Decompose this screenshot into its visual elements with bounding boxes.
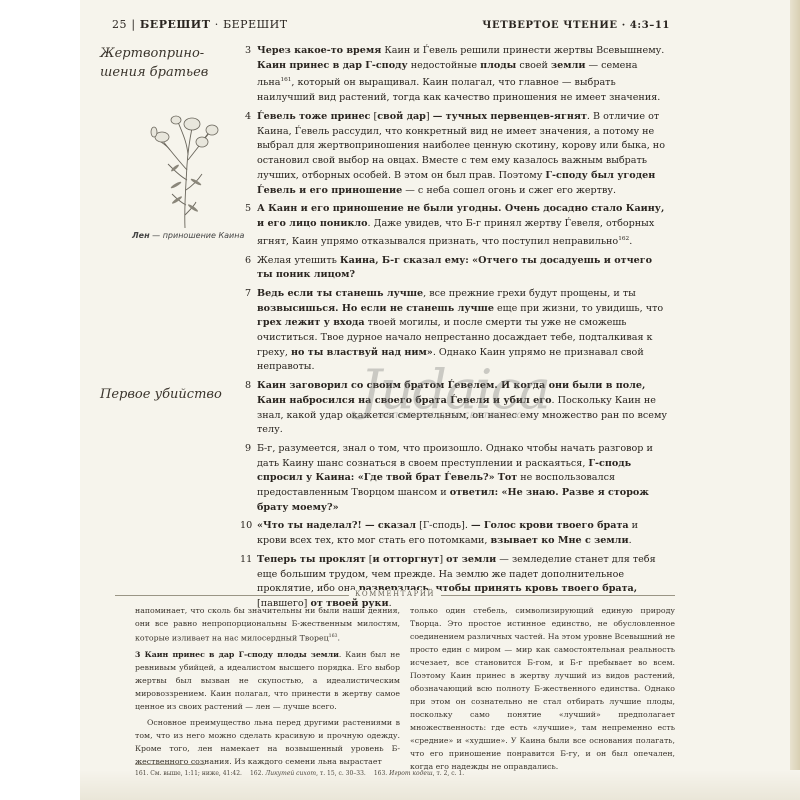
text: [Г-сподь]. xyxy=(416,520,471,531)
text: только один стебель, символизирующий еди… xyxy=(410,606,675,771)
bold-text: возвысишься. Но если не станешь лучше xyxy=(257,303,494,314)
bold-text: — тучных первенцев-ягнят xyxy=(433,111,587,122)
bold-text: свой дар xyxy=(377,111,426,122)
footnote-ref: 161 xyxy=(280,77,291,83)
verse-number: 11 xyxy=(240,553,252,568)
verse: 11Теперь ты проклят [и отторгнут] от зем… xyxy=(245,553,670,612)
verse: 5А Каин и его приношение не были угодны.… xyxy=(245,202,670,249)
bold-text: и отторгнут xyxy=(372,554,439,565)
commentary-paragraph: 3 Каин принес в дар Г-споду плоды земли.… xyxy=(135,648,400,713)
bold-text: «Что ты наделал?! — сказал xyxy=(257,520,416,531)
section-title: БЕРЕШИТ xyxy=(223,18,288,31)
commentary-paragraph: Основное преимущество льна перед другими… xyxy=(135,716,400,768)
verse: 3Через какое-то время Каин и Ѓевель реши… xyxy=(245,44,670,106)
verse: 8Каин заговорил со своим братом Ѓевелем.… xyxy=(245,379,670,438)
side-heading-line: шения братьев xyxy=(100,63,208,82)
commentary-paragraph: напоминает, что сколь бы значительны ни … xyxy=(135,604,400,645)
bold-text: Каин принес в дар Г-споду xyxy=(257,60,408,71)
commentary-paragraph: только один стебель, символизирующий еди… xyxy=(410,604,675,773)
commentary-column-left: напоминает, что сколь бы значительны ни … xyxy=(135,604,400,771)
footnote-rule xyxy=(135,764,205,765)
caption-text: — приношение Каина xyxy=(150,231,245,240)
bold-text: Ѓевель тоже принес xyxy=(257,111,370,122)
verse: 10«Что ты наделал?! — сказал [Г-сподь]. … xyxy=(245,519,670,548)
verse-number: 10 xyxy=(240,519,252,534)
verse: 7Ведь если ты станешь лучше, все прежние… xyxy=(245,287,670,375)
verse: 4Ѓевель тоже принес [свой дар] — тучных … xyxy=(245,110,670,198)
running-header-right: ЧЕТВЕРТОЕ ЧТЕНИЕ · 4:3–11 xyxy=(482,20,670,31)
text: . xyxy=(338,634,340,643)
verse-number: 4 xyxy=(245,110,251,125)
text: Каин и Ѓевель решили принести жертвы Все… xyxy=(381,45,664,56)
verse-number: 3 xyxy=(245,44,251,59)
running-header-left: 25 | БЕРЕШИТ · БЕРЕШИТ xyxy=(112,18,288,31)
bold-text: плоды xyxy=(480,60,516,71)
verse-number: 9 xyxy=(245,442,251,457)
verse-number: 7 xyxy=(245,287,251,302)
text: , все прежние грехи будут прощены, и ты xyxy=(423,288,636,299)
text: недостойные xyxy=(408,60,480,71)
footnote: 162. Ликутей сихот, т. 15, с. 30–33. xyxy=(250,770,366,777)
text: еще при жизни, то увидишь, что xyxy=(494,303,663,314)
verse-number: 5 xyxy=(245,202,251,217)
commentary-label: КОММЕНТАРИЙ xyxy=(349,590,441,598)
bold-text: грех лежит у входа xyxy=(257,317,365,328)
side-heading-offerings: Жертвоприно- шения братьев xyxy=(100,44,208,82)
bold-text: — Голос крови твоего брата xyxy=(471,520,629,531)
book-title: БЕРЕШИТ xyxy=(140,18,210,31)
side-heading-murder: Первое убийство xyxy=(100,385,222,404)
text: Основное преимущество льна перед другими… xyxy=(135,718,400,766)
footnote: 163. Игрот кодеш, т. 2, с. 1. xyxy=(374,770,464,777)
text: . xyxy=(629,535,632,546)
footnote: 161. См. выше, 1:11; ниже, 41:42. xyxy=(135,770,242,777)
text: напоминает, что сколь бы значительны ни … xyxy=(135,606,400,643)
bold-text: 3 Каин принес в дар Г-споду плоды земли xyxy=(135,650,339,659)
bold-text: но ты властвуй над ним» xyxy=(291,347,433,358)
text: — с неба сошел огонь и сжег его жертву. xyxy=(402,185,616,196)
bold-text: Тот xyxy=(498,472,517,483)
footnotes: 161. См. выше, 1:11; ниже, 41:42.162. Ли… xyxy=(135,770,472,777)
caption-bold: Лен xyxy=(132,231,150,240)
text: , который он выращивал. Каин полагал, чт… xyxy=(257,78,660,104)
commentary-column-right: только один стебель, символизирующий еди… xyxy=(410,604,675,776)
header-separator: | xyxy=(131,18,135,31)
verse: 6Желая утешить Каина, Б-г сказал ему: «О… xyxy=(245,254,670,283)
bold-text: Теперь ты проклят xyxy=(257,554,366,565)
scripture-text: 3Через какое-то время Каин и Ѓевель реши… xyxy=(245,44,670,616)
footnote-ref: 162 xyxy=(618,236,629,242)
bold-text: Ведь если ты станешь лучше xyxy=(257,288,423,299)
illustration-caption: Лен — приношение Каина xyxy=(132,230,244,241)
text: Желая утешить xyxy=(257,255,340,266)
page-number: 25 xyxy=(112,18,127,31)
commentary-divider: КОММЕНТАРИЙ xyxy=(115,590,675,600)
verse: 9Б-г, разумеется, знал о том, что произо… xyxy=(245,442,670,516)
bold-text: земли xyxy=(551,60,585,71)
bold-text: взывает ко Мне с земли xyxy=(491,535,629,546)
side-heading-line: Жертвоприно- xyxy=(100,44,208,63)
verse-number: 8 xyxy=(245,379,251,394)
flax-plant-icon xyxy=(130,110,240,228)
text: своей xyxy=(516,60,551,71)
text: . xyxy=(629,236,632,247)
bold-text: Через какое-то время xyxy=(257,45,381,56)
verse-number: 6 xyxy=(245,254,251,269)
footnote-ref: 163 xyxy=(329,634,338,639)
header-dot: · xyxy=(215,18,219,31)
bold-text: от земли xyxy=(446,554,496,565)
text: ] xyxy=(426,111,433,122)
page-edge xyxy=(790,0,800,800)
